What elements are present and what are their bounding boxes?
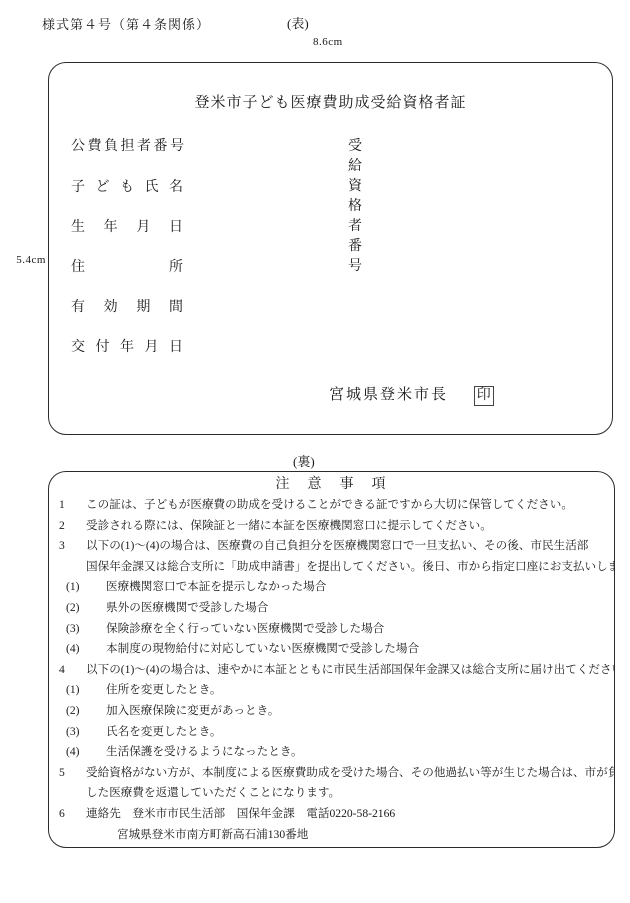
note-line: (2)加入医療保険に変更があっとき。 bbox=[49, 701, 614, 722]
child-name-label: 子ども氏名 bbox=[71, 176, 183, 196]
note-number: 6 bbox=[59, 804, 86, 825]
note-text: 加入医療保険に変更があっとき。 bbox=[106, 704, 279, 717]
note-number: (2) bbox=[66, 598, 106, 619]
note-line: 国保年金課又は総合支所に「助成申請書」を提出してください。後日、市から指定口座に… bbox=[49, 557, 614, 578]
field-row-issue-date: 交付年月日 bbox=[71, 336, 183, 356]
certificate-title: 登米市子ども医療費助成受給資格者証 bbox=[49, 91, 612, 112]
note-text: 住所を変更したとき。 bbox=[106, 683, 221, 696]
note-text: 本制度の現物給付に対応していない医療機関で受診した場合 bbox=[106, 642, 419, 655]
note-line: 宮城県登米市南方町新高石浦130番地 bbox=[49, 825, 614, 846]
recipient-number-label: 受給資格者番号 bbox=[348, 135, 365, 275]
note-line: (3)保険診療を全く行っていない医療機関で受診した場合 bbox=[49, 619, 614, 640]
field-row-address: 住所 bbox=[71, 256, 183, 276]
notes-list: 1この証は、子どもが医療費の助成を受けることができる証ですから大切に保管してくだ… bbox=[49, 495, 614, 845]
note-text: 宮城県登米市南方町新高石浦130番地 bbox=[117, 828, 308, 841]
note-number: (2) bbox=[66, 701, 106, 722]
note-text: 国保年金課又は総合支所に「助成申請書」を提出してください。後日、市から指定口座に… bbox=[86, 560, 614, 573]
note-line: (3)氏名を変更したとき。 bbox=[49, 722, 614, 743]
note-line: した医療費を返還していただくことになります。 bbox=[49, 783, 614, 804]
note-line: (1)医療機関窓口で本証を提示しなかった場合 bbox=[49, 577, 614, 598]
note-line: 4以下の(1)～(4)の場合は、速やかに本証とともに市民生活部国保年金課又は総合… bbox=[49, 660, 614, 681]
note-line: 3以下の(1)～(4)の場合は、医療費の自己負担分を医療機関窓口で一旦支払い、そ… bbox=[49, 536, 614, 557]
note-text: 以下の(1)～(4)の場合は、速やかに本証とともに市民生活部国保年金課又は総合支… bbox=[86, 663, 614, 676]
note-number: (3) bbox=[66, 722, 106, 743]
payer-number-label: 公費負担者番号 bbox=[71, 139, 187, 154]
card-width-dimension: 8.6cm bbox=[313, 36, 343, 48]
field-row-numbers: 公費負担者番号 受給資格者番号 bbox=[71, 135, 187, 155]
note-number: 3 bbox=[59, 536, 86, 557]
note-number: 4 bbox=[59, 660, 86, 681]
card-height-dimension: 5.4cm bbox=[2, 254, 46, 266]
back-side-label: (裏) bbox=[293, 451, 315, 470]
official-seal-placeholder: 印 bbox=[474, 386, 494, 406]
note-text: 受給資格がない方が、本制度による医療費助成を受けた場合、その他過払い等が生じた場… bbox=[86, 766, 614, 779]
note-line: (2)県外の医療機関で受診した場合 bbox=[49, 598, 614, 619]
note-number: 2 bbox=[59, 516, 86, 537]
mayor-signature-row: 宮城県登米市長 印 bbox=[329, 383, 494, 406]
issue-date-label: 交付年月日 bbox=[71, 336, 183, 356]
note-line: 5受給資格がない方が、本制度による医療費助成を受けた場合、その他過払い等が生じた… bbox=[49, 763, 614, 784]
note-number: 5 bbox=[59, 763, 86, 784]
note-text: 県外の医療機関で受診した場合 bbox=[106, 601, 268, 614]
note-line: (4)本制度の現物給付に対応していない医療機関で受診した場合 bbox=[49, 639, 614, 660]
note-text: 連絡先 登米市市民生活部 国保年金課 電話0220-58-2166 bbox=[86, 807, 395, 820]
note-number: (4) bbox=[66, 639, 106, 660]
note-line: (1)住所を変更したとき。 bbox=[49, 680, 614, 701]
mayor-label: 宮城県登米市長 bbox=[329, 387, 448, 403]
birth-date-label: 生年月日 bbox=[71, 216, 183, 236]
note-line: (4)生活保護を受けるようになったとき。 bbox=[49, 742, 614, 763]
certificate-front-card: 登米市子ども医療費助成受給資格者証 公費負担者番号 受給資格者番号 子ども氏名 … bbox=[48, 62, 613, 435]
note-number: (1) bbox=[66, 577, 106, 598]
note-text: 氏名を変更したとき。 bbox=[106, 725, 221, 738]
form-number: 様式第４号（第４条関係） bbox=[42, 14, 210, 33]
note-text: 受診される際には、保険証と一緒に本証を医療機関窓口に提示してください。 bbox=[86, 519, 492, 532]
note-number: 1 bbox=[59, 495, 86, 516]
address-label: 住所 bbox=[71, 256, 183, 276]
note-text: した医療費を返還していただくことになります。 bbox=[86, 786, 340, 799]
certificate-back-card: 注 意 事 項 1この証は、子どもが医療費の助成を受けることができる証ですから大… bbox=[48, 471, 615, 848]
field-row-birth-date: 生年月日 bbox=[71, 216, 183, 236]
note-text: 以下の(1)～(4)の場合は、医療費の自己負担分を医療機関窓口で一旦支払い、その… bbox=[86, 539, 588, 552]
valid-period-label: 有効期間 bbox=[71, 296, 183, 316]
field-row-valid-period: 有効期間 bbox=[71, 296, 183, 316]
note-text: 保険診療を全く行っていない医療機関で受診した場合 bbox=[106, 622, 384, 635]
document-page: 様式第４号（第４条関係） (表) 8.6cm 5.4cm 登米市子ども医療費助成… bbox=[0, 0, 630, 903]
note-line: 6連絡先 登米市市民生活部 国保年金課 電話0220-58-2166 bbox=[49, 804, 614, 825]
field-row-child-name: 子ども氏名 bbox=[71, 176, 183, 196]
note-text: 生活保護を受けるようになったとき。 bbox=[106, 745, 303, 758]
front-side-label: (表) bbox=[287, 13, 309, 32]
note-line: 1この証は、子どもが医療費の助成を受けることができる証ですから大切に保管してくだ… bbox=[49, 495, 614, 516]
note-text: 医療機関窓口で本証を提示しなかった場合 bbox=[106, 580, 326, 593]
note-line: 2受診される際には、保険証と一緒に本証を医療機関窓口に提示してください。 bbox=[49, 516, 614, 537]
note-number: (1) bbox=[66, 680, 106, 701]
notes-title: 注 意 事 項 bbox=[49, 475, 614, 495]
note-number: (3) bbox=[66, 619, 106, 640]
note-text: この証は、子どもが医療費の助成を受けることができる証ですから大切に保管してくださ… bbox=[86, 498, 573, 511]
note-number: (4) bbox=[66, 742, 106, 763]
